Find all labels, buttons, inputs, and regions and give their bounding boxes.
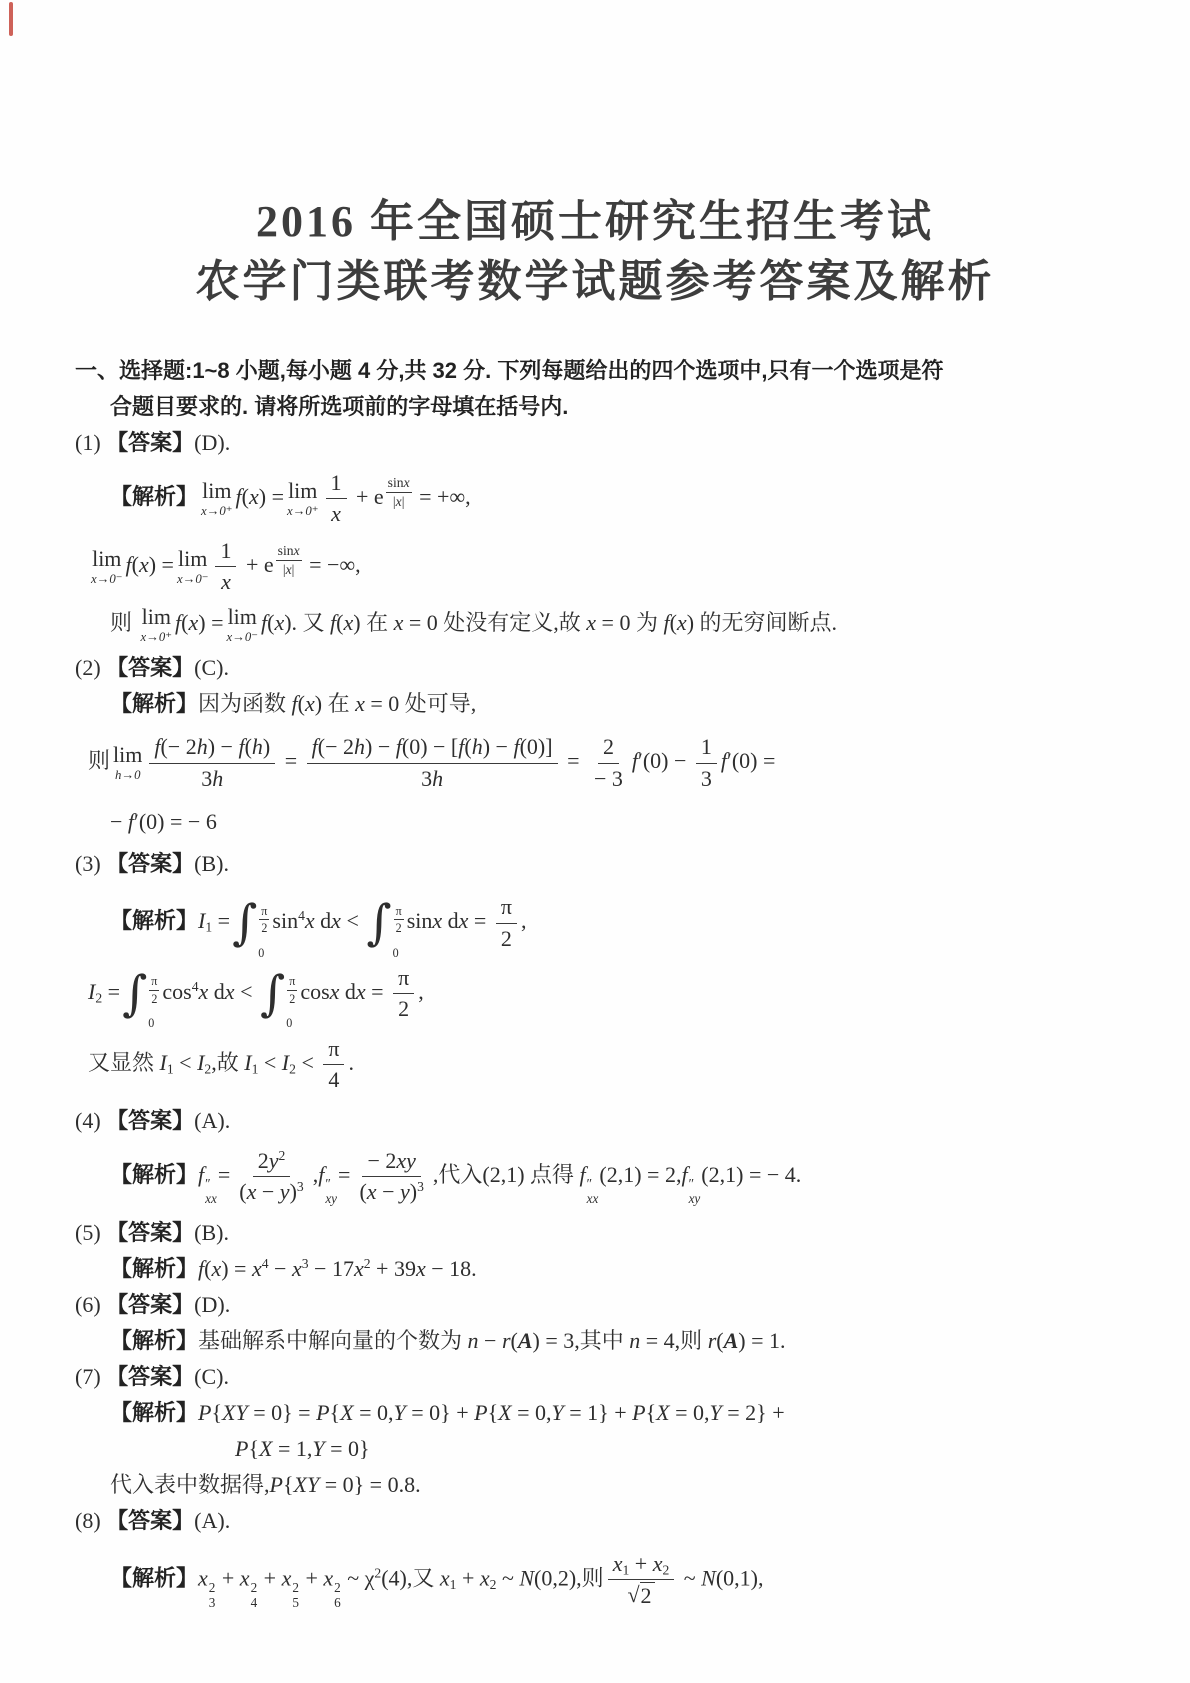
math-text: d (339, 979, 356, 1004)
math-var: x (225, 979, 235, 1004)
math-text: + 39 (371, 1256, 416, 1281)
lim-word: lim (288, 480, 317, 502)
math-text: , (521, 908, 527, 933)
integral-limits: π20 (257, 901, 270, 945)
bold-label: 一、选择题:1~8 小题,每小题 4 分,共 32 分. 下列每题给出的四个选项… (75, 358, 943, 383)
denominator: |x| (391, 493, 407, 510)
stack-sub: xx (587, 1192, 599, 1207)
math-var: x (653, 1551, 663, 1576)
q6-answer: (6) 【答案】(D). (75, 1288, 1190, 1322)
math-text: < (341, 908, 364, 933)
math-text: (B). (194, 851, 229, 876)
math-var: x (139, 552, 149, 577)
math-text: − 18. (426, 1256, 477, 1281)
limit-operator: limh→0 (113, 744, 142, 782)
math-text: < (174, 1050, 197, 1075)
superscript: sinx|x| (274, 552, 304, 567)
math-text: = 1} + (564, 1400, 632, 1425)
stack-sup: ″ (205, 1177, 211, 1192)
fraction: π2 (287, 974, 297, 1006)
numerator: π (287, 974, 297, 991)
numerator: π (394, 904, 404, 921)
math-var: y (400, 1179, 410, 1204)
fraction: − 2xy(x − y)3 (354, 1148, 428, 1206)
math-text: . (348, 1050, 354, 1075)
math-var: x (677, 610, 687, 635)
math-text: (A). (194, 1508, 230, 1533)
math-var: x (367, 1179, 377, 1204)
limit-operator: limx→0⁺ (141, 606, 173, 644)
math-text: 0 (148, 1016, 154, 1030)
lim-word: lim (228, 606, 257, 628)
math-text: 3 (421, 766, 432, 791)
math-text: = +∞, (414, 484, 471, 509)
math-var: h (252, 734, 263, 759)
q3-answer: (3) 【答案】(B). (75, 847, 1190, 881)
superscript: 4 (192, 979, 199, 994)
stack-sub: 3 (209, 1596, 216, 1611)
math-text: (0,1), (716, 1566, 764, 1591)
math-var: x (274, 610, 284, 635)
math-text: { (646, 1400, 657, 1425)
limit-operator: limx→0⁺ (287, 480, 319, 518)
integral-limits: π20 (147, 972, 160, 1016)
sub-sup-stack: ″xx (205, 1177, 217, 1206)
math-var: x (344, 610, 354, 635)
math-var: X (259, 1436, 272, 1461)
math-text: = 0} (325, 1436, 370, 1461)
limit-operator: limx→0⁻ (177, 548, 209, 586)
q6-solution-1: 【解析】基础解系中解向量的个数为 n − r(A) = 3,其中 n = 4,则… (110, 1324, 1190, 1358)
fraction: π2 (394, 904, 404, 936)
q4-solution-1: 【解析】f″xx=2y2(x − y)3,f″xy=− 2xy(x − y)3,… (110, 1148, 1190, 1207)
denominator: √2 (622, 1580, 659, 1609)
subscript: 1 (167, 1061, 174, 1076)
numerator: 1 (215, 538, 236, 567)
math-var: f (198, 1161, 204, 1186)
limit-operator: limx→0⁺ (201, 480, 233, 518)
math-text: − (256, 1179, 279, 1204)
math-text: ) = 3,其中 (533, 1328, 630, 1353)
math-text: 2 (151, 992, 157, 1006)
math-text: (0)] (520, 734, 553, 759)
math-var: P (235, 1436, 248, 1461)
math-text: 1 (331, 470, 342, 495)
fraction: π2 (149, 974, 159, 1006)
math-text: ) 在 (315, 691, 355, 716)
math-var: y (406, 1148, 416, 1173)
exam-title-line-1: 2016 年全国硕士研究生招生考试 (0, 192, 1190, 252)
subscript: 2 (662, 1563, 669, 1578)
math-text: < (258, 1050, 281, 1075)
math-var: I (160, 1050, 167, 1075)
math-text: (A). (194, 1108, 230, 1133)
fraction: sinx|x| (276, 543, 302, 579)
math-text: { (248, 1436, 259, 1461)
math-text: = (562, 748, 585, 773)
denominator: − 3 (589, 764, 628, 792)
math-text: ) = 1. (738, 1328, 785, 1353)
math-text: (0,2),则 (534, 1566, 604, 1591)
denominator: 4 (323, 1065, 344, 1093)
math-var: n (468, 1328, 479, 1353)
math-text: + (300, 1566, 323, 1591)
math-var: N (701, 1566, 716, 1591)
math-text: (− 2 (160, 734, 196, 759)
math-text: { (488, 1400, 499, 1425)
fraction: 2− 3 (589, 734, 628, 792)
math-text: 2 (398, 996, 409, 1021)
math-text: π (328, 1036, 339, 1061)
numerator: sinx (386, 475, 412, 493)
math-text: ) 在 (353, 610, 393, 635)
lim-condition: h→0 (115, 769, 141, 782)
lim-word: lim (92, 548, 121, 570)
math-var: x (240, 1566, 250, 1591)
math-text: sin (388, 475, 404, 490)
math-text: (C). (194, 655, 229, 680)
exam-answer-sheet: 2016 年全国硕士研究生招生考试 农学门类联考数学试题参考答案及解析 一、选择… (0, 0, 1190, 1683)
math-text: 2 (289, 992, 295, 1006)
superscript: 4 (298, 908, 305, 923)
math-text: d (315, 908, 332, 933)
stack-sup: 2 (334, 1581, 341, 1596)
intro-line-1: 一、选择题:1~8 小题,每小题 4 分,共 32 分. 下列每题给出的四个选项… (75, 354, 1190, 388)
lim-condition: x→0⁻ (226, 631, 258, 644)
math-var: h (432, 766, 443, 791)
math-text: 0 (286, 1016, 292, 1030)
math-text: (− 2 (318, 734, 354, 759)
q5-answer: (5) 【答案】(B). (75, 1216, 1190, 1250)
math-text: | (292, 562, 295, 577)
math-text: 基础解系中解向量的个数为 (198, 1328, 468, 1353)
math-text: 又显然 (88, 1050, 160, 1075)
math-var: x (305, 908, 315, 933)
math-text: sin (278, 543, 294, 558)
q1-solution-2: limx→0⁻f(x) =limx→0⁻1x + esinx|x| = −∞, (88, 538, 1190, 596)
math-var: x (198, 1566, 208, 1591)
math-var: x (330, 979, 340, 1004)
numerator: 2 (598, 734, 619, 763)
integral-sign-icon: ∫ (122, 971, 147, 1017)
lim-word: lim (142, 606, 171, 628)
math-var: y (280, 1179, 290, 1204)
math-var: X (340, 1400, 353, 1425)
math-text: ( (245, 734, 252, 759)
numerator: π (323, 1036, 344, 1065)
bold-label: 【解析】 (110, 1161, 198, 1186)
bold-label: 【解析】 (110, 691, 198, 716)
q7-solution-1: 【解析】P{XY = 0} = P{X = 0,Y = 0} + P{X = 0… (110, 1396, 1190, 1430)
math-text: − 2 (367, 1148, 396, 1173)
math-text: ) = (149, 552, 174, 577)
bold-label: 【答案】 (106, 851, 194, 876)
math-text: (8) (75, 1508, 106, 1533)
math-var: x (459, 908, 469, 933)
sub-sup-stack: 26 (334, 1581, 341, 1610)
math-text: + (216, 1566, 239, 1591)
denominator: 2 (496, 924, 517, 952)
denominator: |x| (281, 561, 297, 578)
denominator: 3h (196, 764, 228, 792)
math-var: n (629, 1328, 640, 1353)
limit-operator: limx→0⁻ (226, 606, 258, 644)
math-var: XY (294, 1472, 320, 1497)
integral: ∫π20 (260, 971, 298, 1017)
math-text: = 0 为 (596, 610, 663, 635)
stack-sup: 2 (209, 1581, 216, 1596)
math-var: Y (552, 1400, 564, 1425)
math-var: x (480, 1566, 490, 1591)
denominator: 2 (149, 991, 159, 1007)
q5-solution-1: 【解析】f(x) = x4 − x3 − 17x2 + 39x − 18. (110, 1252, 1190, 1286)
math-text: (2,1) = − 4. (701, 1161, 801, 1186)
math-text: ( (511, 1328, 518, 1353)
math-text: 3 (201, 766, 212, 791)
math-var: x (199, 979, 209, 1004)
math-text: { (211, 1400, 222, 1425)
stack-sub: 6 (334, 1596, 341, 1611)
math-text: (7) (75, 1364, 106, 1389)
math-text: = (468, 908, 491, 933)
math-text: = (102, 979, 120, 1004)
math-var: x (249, 484, 259, 509)
q2-answer: (2) 【答案】(C). (75, 651, 1190, 685)
sub-sup-stack: 24 (251, 1581, 258, 1610)
math-var: x (613, 1551, 623, 1576)
math-text: 2 (261, 921, 267, 935)
math-var: r (502, 1328, 511, 1353)
q2-solution-3: − f′(0) = − 6 (110, 805, 1190, 839)
math-text: 则 (88, 748, 110, 773)
math-text: ( (716, 1328, 723, 1353)
math-text: ,代入(2,1) 点得 (433, 1161, 580, 1186)
superscript: 4 (262, 1256, 269, 1271)
math-text: = 0} = 0.8. (319, 1472, 420, 1497)
math-text: ) (410, 1179, 417, 1204)
math-var: x (354, 1256, 364, 1281)
fraction: π4 (323, 1036, 344, 1094)
fraction: sinx|x| (386, 475, 412, 511)
numerator: 1 (696, 734, 717, 763)
bold-label: 【答案】 (106, 1108, 194, 1133)
numerator: − 2xy (362, 1148, 420, 1177)
bold-label: 【答案】 (106, 1292, 194, 1317)
math-text: ) − (365, 734, 396, 759)
lim-word: lim (202, 480, 231, 502)
fraction: x1 + x2√2 (608, 1551, 675, 1610)
math-text: 1 (701, 734, 712, 759)
math-text: = 0, (512, 1400, 552, 1425)
math-text: = (212, 908, 230, 933)
math-text: ( (336, 610, 343, 635)
math-text: ) = (198, 610, 223, 635)
math-text: + (456, 1566, 479, 1591)
lim-condition: x→0⁻ (177, 573, 209, 586)
math-text: cos (300, 979, 329, 1004)
math-text: 则 (110, 610, 138, 635)
math-text: (0) − [ (402, 734, 458, 759)
denominator: 2 (259, 920, 269, 936)
math-text: | (402, 494, 405, 509)
math-var: h (472, 734, 483, 759)
q7-solution-2: P{X = 1,Y = 0} (235, 1432, 1190, 1466)
numerator: π (393, 965, 414, 994)
math-text: (D). (194, 1292, 230, 1317)
math-var: x (305, 691, 315, 716)
math-text: (C). (194, 1364, 229, 1389)
math-text: (5) (75, 1220, 106, 1245)
superscript: 3 (417, 1179, 424, 1194)
math-text: = 1, (272, 1436, 312, 1461)
math-text: 3 (701, 766, 712, 791)
math-text: = (366, 979, 389, 1004)
math-text: = −∞, (304, 552, 361, 577)
q8-solution-1: 【解析】x23 + x24 + x25 + x26 ~ χ2(4),又 x1 +… (110, 1551, 1190, 1610)
math-var: y (269, 1148, 279, 1173)
bold-label: 【答案】 (106, 1220, 194, 1245)
sub-sup-stack: ″xy (325, 1177, 337, 1206)
fraction: 1x (215, 538, 236, 596)
scan-artifact-red-mark (9, 2, 13, 36)
stack-sup: ″ (325, 1177, 331, 1192)
math-var: x (331, 908, 341, 933)
q4-answer: (4) 【答案】(A). (75, 1104, 1190, 1138)
math-text: − 3 (594, 766, 623, 791)
integral-limits: π20 (392, 901, 405, 945)
math-var: P (270, 1472, 283, 1497)
math-text: + e (351, 484, 384, 509)
math-text: + (629, 1551, 652, 1576)
math-text: = 0, (670, 1400, 710, 1425)
math-text: ) 的无穷间断点. (687, 610, 837, 635)
numerator: f(− 2h) − f(h) (149, 734, 275, 763)
numerator: 1 (326, 470, 347, 499)
math-text: { (330, 1400, 341, 1425)
stack-sup: ″ (689, 1177, 695, 1192)
integral-sign-icon: ∫ (260, 971, 285, 1017)
fraction: π2 (393, 965, 414, 1023)
integral: ∫π20 (366, 900, 404, 946)
lim-word: lim (113, 744, 142, 766)
math-var: x (292, 1256, 302, 1281)
scanned-page: { "page": { "background": "#fefefe", "te… (0, 0, 1190, 1683)
math-text: , (418, 979, 424, 1004)
bold-label: 【解析】 (110, 1328, 198, 1353)
math-text: ( (132, 552, 139, 577)
numerator: x1 + x2 (608, 1551, 675, 1580)
superscript: 2 (364, 1256, 371, 1271)
math-text: ( (464, 734, 471, 759)
q2-solution-1: 【解析】因为函数 f(x) 在 x = 0 处可导, (110, 687, 1190, 721)
sub-sup-stack: ″xy (689, 1177, 701, 1206)
math-var: Y (312, 1436, 324, 1461)
math-text: − 17 (309, 1256, 354, 1281)
math-text: = 0} = (248, 1400, 316, 1425)
integral: ∫π20 (122, 971, 160, 1017)
sub-sup-stack: 23 (209, 1581, 216, 1610)
superscript: 2 (278, 1147, 285, 1162)
math-var: h (212, 766, 223, 791)
math-text: + e (240, 552, 273, 577)
bold-label: 【解析】 (110, 1566, 198, 1591)
math-text: = 4,则 (640, 1328, 707, 1353)
lim-condition: x→0⁺ (141, 631, 173, 644)
square-root: √2 (627, 1582, 654, 1609)
math-text: ( (239, 1179, 246, 1204)
math-text: < (296, 1050, 319, 1075)
math-text: = (279, 748, 302, 773)
math-var: P (198, 1400, 211, 1425)
math-text: = (218, 1161, 230, 1186)
math-text: 1 (220, 538, 231, 563)
math-text: 因为函数 (198, 691, 292, 716)
math-var: P (316, 1400, 329, 1425)
stack-sub: 5 (292, 1596, 299, 1611)
math-text: { (283, 1472, 294, 1497)
math-var: x (331, 501, 341, 526)
math-var: x (404, 475, 410, 490)
math-var: x (211, 1256, 221, 1281)
math-text: < (235, 979, 258, 1004)
math-text: − (110, 809, 128, 834)
upper-limit: π2 (286, 972, 298, 1006)
math-text: ) − (483, 734, 514, 759)
math-text: ′(0) − (638, 748, 692, 773)
math-var: XY (222, 1400, 248, 1425)
math-text: (4) (75, 1108, 106, 1133)
math-var: f (318, 1161, 324, 1186)
title-block: 2016 年全国硕士研究生招生考试 农学门类联考数学试题参考答案及解析 (0, 0, 1190, 312)
math-var: x (356, 979, 366, 1004)
math-text: − (269, 1256, 292, 1281)
numerator: sinx (276, 543, 302, 561)
math-var: x (282, 1566, 292, 1591)
q1-answer: (1) 【答案】(D). (75, 426, 1190, 460)
denominator: 3 (696, 764, 717, 792)
math-text: (4),又 (381, 1566, 440, 1591)
radicand: 2 (640, 1582, 655, 1609)
math-text: ,故 (211, 1050, 244, 1075)
exam-title-line-2: 农学门类联考数学试题参考答案及解析 (0, 252, 1190, 312)
math-text: (D). (194, 430, 230, 455)
limit-operator: limx→0⁻ (91, 548, 123, 586)
math-text: 4 (328, 1067, 339, 1092)
math-var: N (519, 1566, 534, 1591)
integral-sign-icon: ∫ (232, 900, 257, 946)
q1-solution-1: 【解析】limx→0⁺f(x) =limx→0⁺1x + esinx|x| = … (110, 470, 1190, 528)
math-var: P (474, 1400, 487, 1425)
math-text: ( (359, 1179, 366, 1204)
math-var: f (580, 1161, 586, 1186)
q7-answer: (7) 【答案】(C). (75, 1360, 1190, 1394)
denominator: (x − y)3 (234, 1177, 308, 1205)
math-var: Y (393, 1400, 405, 1425)
math-text: sin (272, 908, 298, 933)
math-text: d (208, 979, 225, 1004)
fraction: f(− 2h) − f(0) − [f(h) − f(0)]3h (307, 734, 558, 792)
bold-label: 【解析】 (110, 908, 198, 933)
math-text: ( (670, 610, 677, 635)
bold-label: 【解析】 (110, 1400, 198, 1425)
sub-sup-stack: ″xx (587, 1177, 599, 1206)
stack-sup: ″ (587, 1177, 593, 1192)
math-var: x (432, 908, 442, 933)
math-text: 0 (258, 946, 264, 960)
bold-label: 【答案】 (106, 655, 194, 680)
math-text: + (258, 1566, 281, 1591)
bold-label: 【答案】 (106, 430, 194, 455)
